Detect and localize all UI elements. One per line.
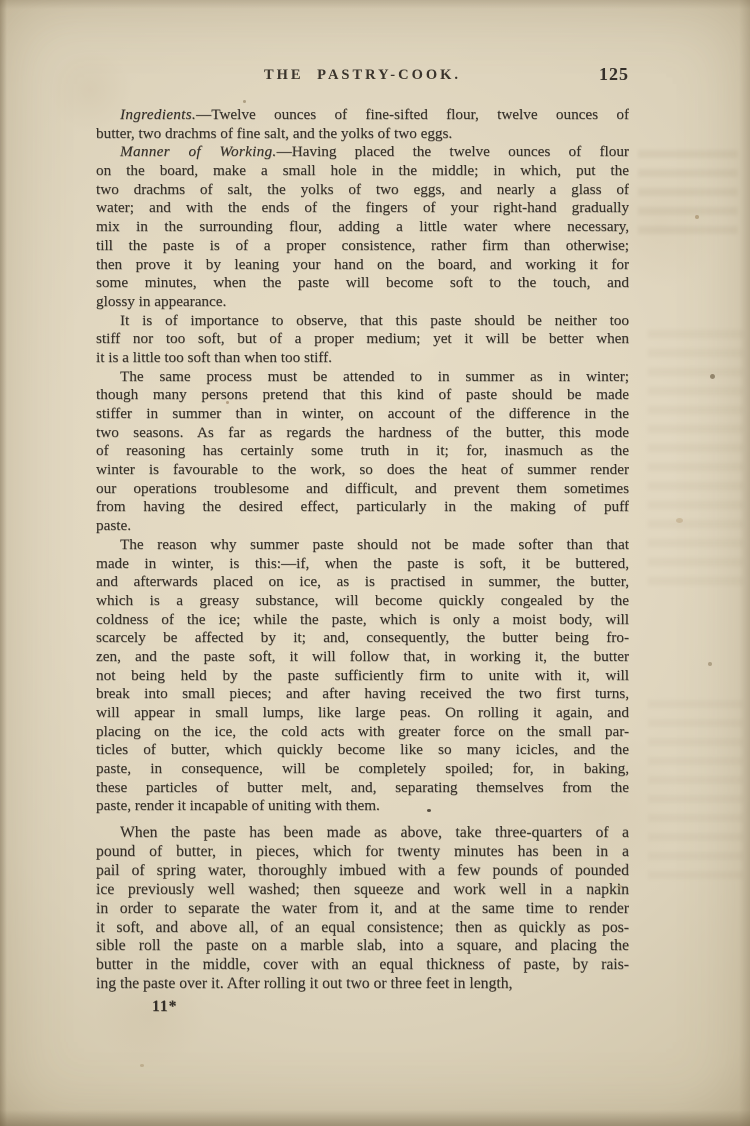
text-line: mix in the surrounding flour, adding a l…	[96, 218, 629, 237]
text-line: these particles of butter melt, and, sep…	[96, 779, 629, 798]
text-line: butter, two drachms of fine salt, and th…	[96, 125, 629, 144]
page-content: THE PASTRY-COOK. 125 Ingredients.—Twelve…	[96, 66, 629, 1016]
text-line: it is a little too soft than when too st…	[96, 349, 629, 368]
text-line: which is a greasy substance, will become…	[96, 592, 629, 611]
text-line: placing on the ice, the cold acts with g…	[96, 723, 629, 742]
foxing-stain	[676, 518, 683, 523]
text-line: winter is favourable to the work, so doe…	[96, 461, 629, 480]
text-line: zen, and the paste soft, it will follow …	[96, 648, 629, 667]
show-through-text	[648, 330, 743, 590]
running-title: THE PASTRY-COOK.	[264, 67, 461, 84]
text-line: Ingredients.—Twelve ounces of fine-sifte…	[96, 106, 629, 125]
signature-mark: 11*	[152, 998, 629, 1016]
text-line: on the board, make a small hole in the m…	[96, 162, 629, 181]
show-through-text	[648, 700, 743, 880]
text-line: butter in the middle, cover with an equa…	[96, 956, 629, 975]
text-line: and afterwards placed on ice, as is prac…	[96, 573, 629, 592]
text-line: sible roll the paste on a marble slab, i…	[96, 937, 629, 956]
text-line: Manner of Working.—Having placed the twe…	[96, 143, 629, 162]
text-line: paste, in consequence, will be completel…	[96, 760, 629, 779]
scanned-book-page: { "page": { "header": { "title": "THE PA…	[0, 0, 750, 1126]
ink-speck	[710, 374, 715, 379]
text-line: coldness of the ice; while the paste, wh…	[96, 611, 629, 630]
text-line: ice previously well washed; then squeeze…	[96, 881, 629, 900]
text-line: made in winter, is this:—if, when the pa…	[96, 555, 629, 574]
text-line: ticles of butter, which quickly become l…	[96, 741, 629, 760]
text-line: it soft, and above all, of an equal cons…	[96, 919, 629, 938]
text-line: break into small pieces; and after havin…	[96, 685, 629, 704]
text-line: of reasoning has certainly some truth in…	[96, 442, 629, 461]
text-line: not being held by the paste sufficiently…	[96, 667, 629, 686]
text-line: pail of spring water, thoroughly imbued …	[96, 862, 629, 881]
text-line: some minutes, when the paste will become…	[96, 274, 629, 293]
page-paragraphs: Ingredients.—Twelve ounces of fine-sifte…	[96, 106, 629, 994]
text-line: water; and with the ends of the fingers …	[96, 199, 629, 218]
text-line: in order to separate the water from it, …	[96, 900, 629, 919]
paragraph: When the paste has been made as above, t…	[96, 824, 629, 994]
text-line: paste, render it incapable of uniting wi…	[96, 797, 629, 816]
text-line: will appear in small lumps, like large p…	[96, 704, 629, 723]
page-header: THE PASTRY-COOK. 125	[96, 66, 629, 88]
text-line: then prove it by leaning your hand on th…	[96, 256, 629, 275]
scan-edge-left	[0, 0, 7, 1126]
text-line: The same process must be attended to in …	[96, 368, 629, 387]
paragraph: The reason why summer paste should not b…	[96, 536, 629, 816]
text-line: from having the desired effect, particul…	[96, 498, 629, 517]
text-line: When the paste has been made as above, t…	[96, 824, 629, 843]
scan-edge-right	[739, 0, 750, 1126]
book-page: THE PASTRY-COOK. 125 Ingredients.—Twelve…	[0, 0, 750, 1126]
text-line: scarcely be affected by it; and, consequ…	[96, 629, 629, 648]
scan-edge-top	[0, 0, 750, 9]
paragraph: It is of importance to observe, that thi…	[96, 312, 629, 368]
text-line: ing the paste over it. After rolling it …	[96, 975, 629, 994]
text-line: paste.	[96, 517, 629, 536]
page-number: 125	[599, 64, 629, 85]
text-line: though many persons pretend that this ki…	[96, 386, 629, 405]
text-line: glossy in appearance.	[96, 293, 629, 312]
scan-edge-bottom	[0, 1110, 750, 1126]
text-line: till the paste is of a proper consistenc…	[96, 237, 629, 256]
paragraph: The same process must be attended to in …	[96, 368, 629, 536]
text-line: two seasons. As far as regards the hardn…	[96, 424, 629, 443]
paragraph: Ingredients.—Twelve ounces of fine-sifte…	[96, 106, 629, 143]
text-line: two drachms of salt, the yolks of two eg…	[96, 181, 629, 200]
paragraph: Manner of Working.—Having placed the twe…	[96, 143, 629, 311]
ink-speck	[708, 662, 712, 666]
text-line: It is of importance to observe, that thi…	[96, 312, 629, 331]
foxing-stain	[140, 1064, 144, 1067]
text-line: pound of butter, in pieces, which for tw…	[96, 843, 629, 862]
text-line: our operations troublesome and difficult…	[96, 480, 629, 499]
text-line: stiffer in summer than in winter, on acc…	[96, 405, 629, 424]
text-line: stiff nor too soft, but of a proper medi…	[96, 330, 629, 349]
ink-speck	[695, 215, 699, 219]
text-line: The reason why summer paste should not b…	[96, 536, 629, 555]
show-through-text	[638, 150, 738, 245]
